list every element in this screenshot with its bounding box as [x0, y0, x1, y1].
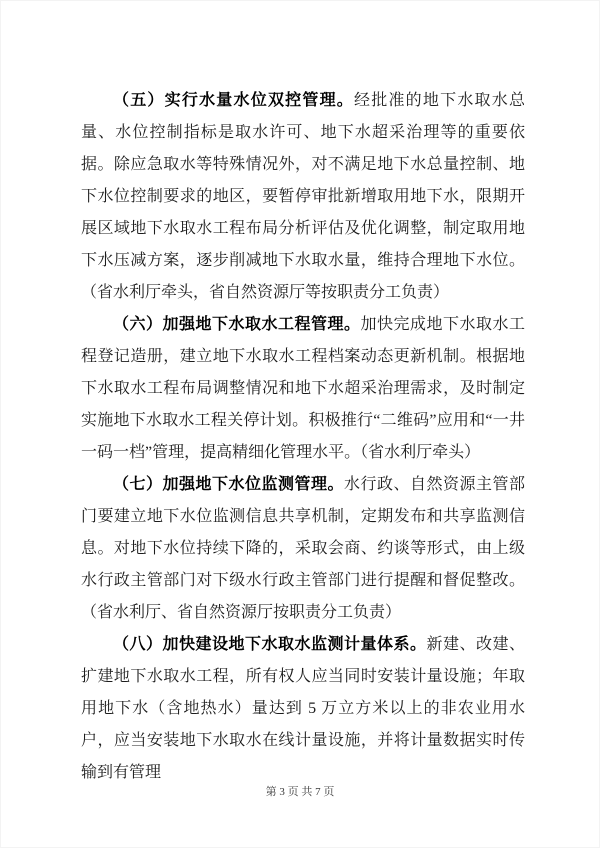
- paragraph-item-6: （六）加强地下水取水工程管理。加快完成地下水取水工程登记造册，建立地下水取水工程…: [81, 309, 525, 469]
- page-number-indicator: 第 3 页 共 7 页: [1, 783, 599, 799]
- paragraph-heading-8: （八）加快建设地下水取水监测计量体系。: [113, 636, 426, 653]
- paragraph-heading-7: （七）加强地下水位监测管理。: [113, 476, 344, 493]
- paragraph-text-8: 新建、改建、扩建地下水取水工程，所有权人应当同时安装计量设施；年取用地下水（含地…: [81, 636, 525, 781]
- paragraph-text-5: 经批准的地下水取水总量、水位控制指标是取水许可、地下水超采治理等的重要依据。除应…: [81, 92, 525, 301]
- paragraph-text-7: 水行政、自然资源主管部门要建立地下水位监测信息共享机制，定期发布和共享监测信息。…: [81, 476, 525, 621]
- paragraph-text-6: 加快完成地下水取水工程登记造册，建立地下水取水工程档案动态更新机制。根据地下水取…: [81, 316, 525, 461]
- paragraph-heading-5: （五）实行水量水位双控管理。: [113, 92, 354, 109]
- paragraph-item-7: （七）加强地下水位监测管理。水行政、自然资源主管部门要建立地下水位监测信息共享机…: [81, 469, 525, 629]
- paragraph-heading-6: （六）加强地下水取水工程管理。: [113, 316, 360, 333]
- paragraph-item-5: （五）实行水量水位双控管理。经批准的地下水取水总量、水位控制指标是取水许可、地下…: [81, 85, 525, 309]
- paragraph-item-8: （八）加快建设地下水取水监测计量体系。新建、改建、扩建地下水取水工程，所有权人应…: [81, 629, 525, 789]
- document-page: （五）实行水量水位双控管理。经批准的地下水取水总量、水位控制指标是取水许可、地下…: [0, 0, 600, 848]
- document-body: （五）实行水量水位双控管理。经批准的地下水取水总量、水位控制指标是取水许可、地下…: [81, 85, 525, 789]
